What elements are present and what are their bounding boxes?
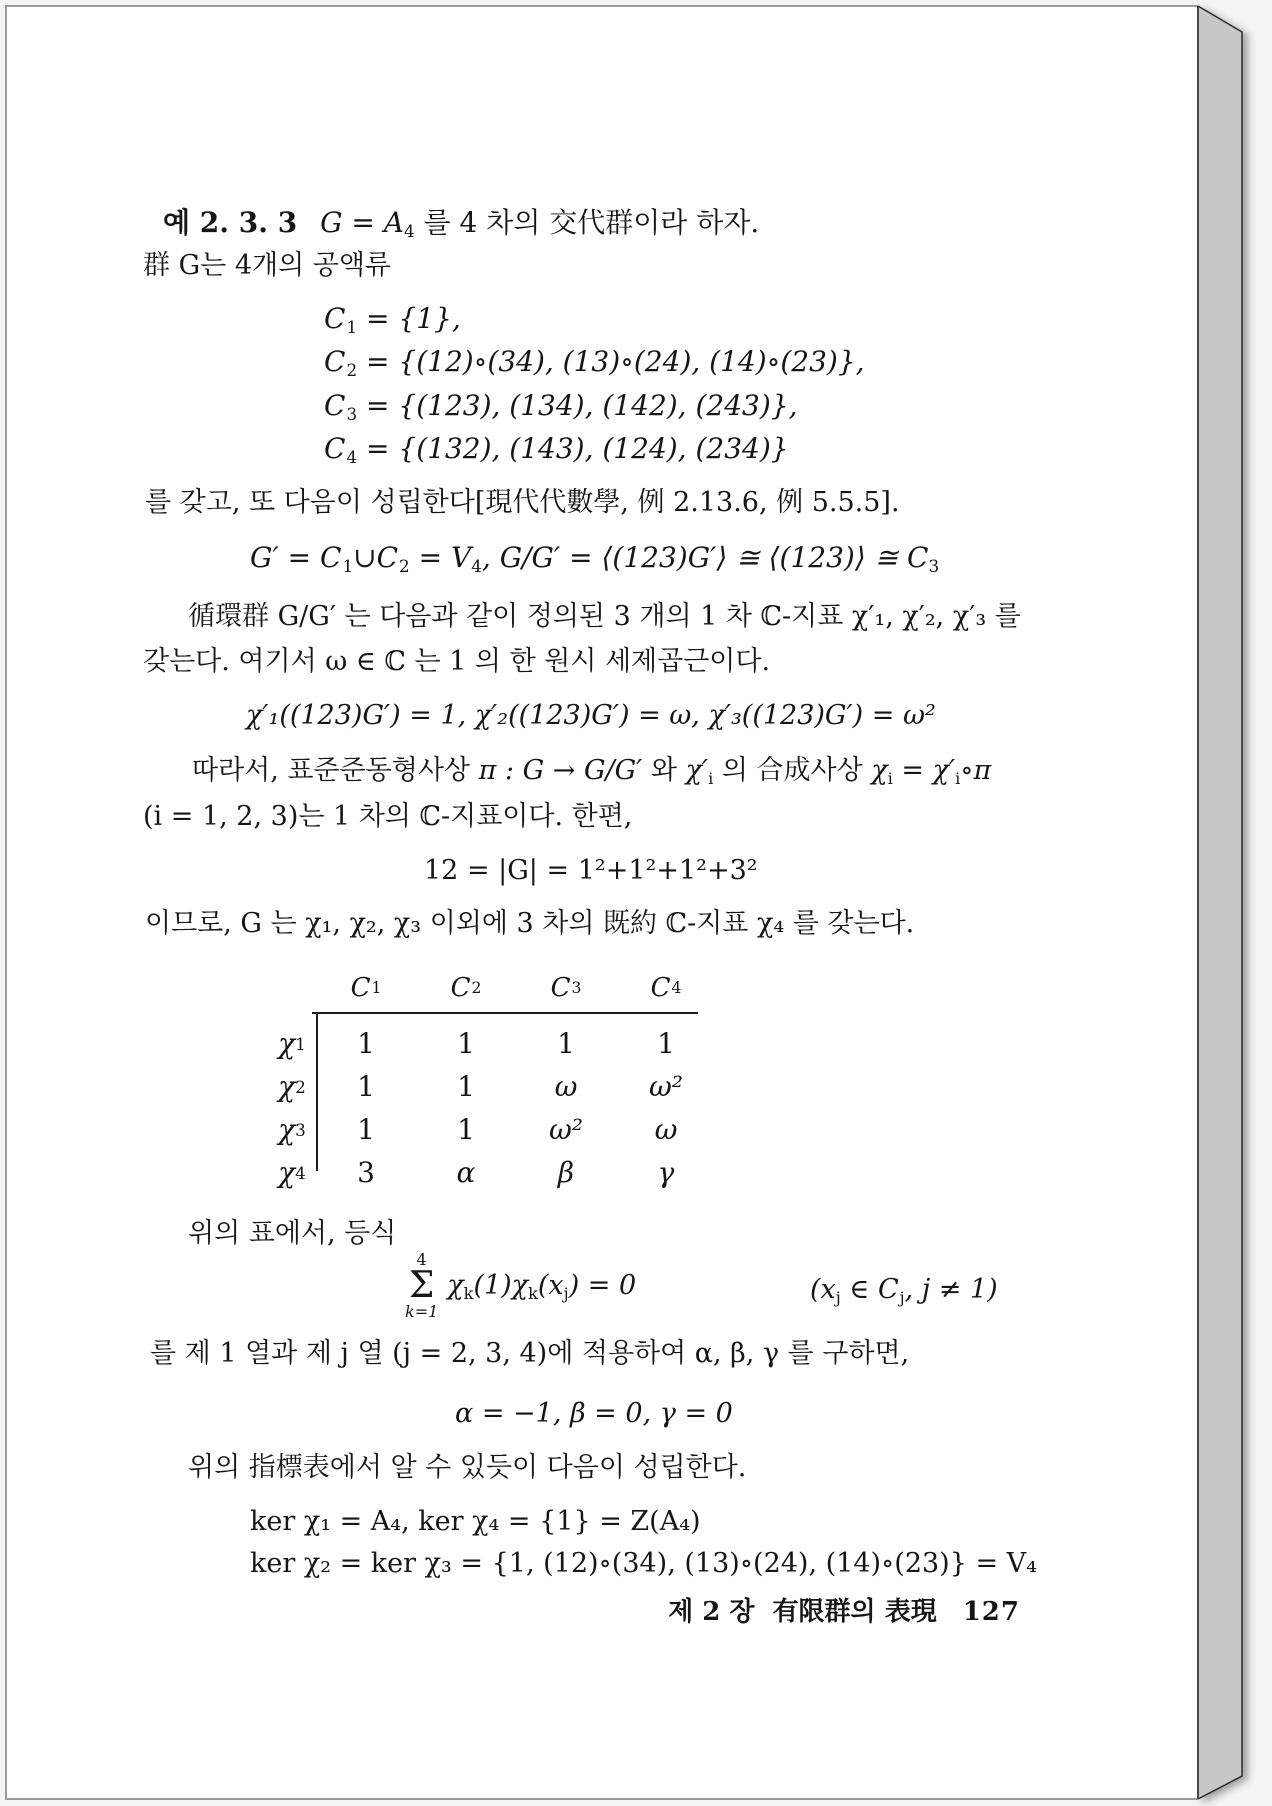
- chapter-label: 제 2 장: [668, 1597, 754, 1627]
- table-col-header-c4: C4: [616, 966, 716, 1010]
- kernel-equation-1: ker χ₁ = A₄, ker χ₄ = {1} = Z(A₄): [250, 1506, 701, 1537]
- example-statement: G = A4 를 4 차의 交代群이라 하자.: [320, 206, 759, 239]
- table-conclusion-line: 위의 指標表에서 알 수 있듯이 다음이 성립한다.: [188, 1452, 746, 1483]
- table-corner-spacer: [268, 966, 316, 1010]
- kernel-equation-2: ker χ₂ = ker χ₃ = {1, (12)∘(34), (13)∘(2…: [250, 1548, 1037, 1579]
- cell-chi4-c2: α: [416, 1151, 516, 1194]
- book-page-scan: 예 2. 3. 3 G = A4 를 4 차의 交代群이라 하자. 群 G는 4…: [0, 0, 1272, 1806]
- table-row-chi2: χ2 1 1 ω ω²: [268, 1065, 716, 1108]
- cell-chi1-c1: 1: [316, 1022, 416, 1065]
- sum-body: χk(1)χk(xj) = 0: [447, 1270, 636, 1301]
- orthogonality-sum: 4 Σ k=1 χk(1)χk(xj) = 0: [405, 1252, 636, 1320]
- cell-chi1-c3: 1: [516, 1022, 616, 1065]
- conjugacy-class-2: C2 = {(12)∘(34), (13)∘(24), (14)∘(23)},: [324, 346, 865, 378]
- cell-chi2-c4: ω²: [616, 1065, 716, 1108]
- irreducible-character-line: 이므로, G 는 χ₁, χ₂, χ₃ 이외에 3 차의 既約 ℂ-지표 χ₄ …: [145, 908, 914, 939]
- cell-chi3-c4: ω: [616, 1108, 716, 1151]
- group-order-equation: 12 = |G| = 1²+1²+1²+3²: [424, 855, 758, 886]
- composition-paragraph-line-1: 따라서, 표준준동형사상 π : G → G/G′ 와 χ′i 의 合成사상 χ…: [192, 755, 991, 786]
- table-row-chi4: χ4 3 α β γ: [268, 1151, 716, 1194]
- page-content: 예 2. 3. 3 G = A4 를 4 차의 交代群이라 하자. 群 G는 4…: [0, 0, 1272, 1806]
- table-row-chi1: χ1 1 1 1 1: [268, 1022, 716, 1065]
- row-label-chi2: χ2: [268, 1065, 316, 1108]
- row-label-chi3: χ3: [268, 1108, 316, 1151]
- cell-chi3-c2: 1: [416, 1108, 516, 1151]
- cell-chi2-c2: 1: [416, 1065, 516, 1108]
- cell-chi4-c4: γ: [616, 1151, 716, 1194]
- cell-chi2-c3: ω: [516, 1065, 616, 1108]
- sigma-glyph: Σ: [409, 1268, 434, 1304]
- table-note-line: 위의 표에서, 등식: [188, 1218, 396, 1249]
- sum-lower-limit: k=1: [405, 1304, 438, 1320]
- example-label: 예 2. 3. 3: [163, 206, 297, 239]
- page-footer: 제 2 장有限群의 表現127: [560, 1598, 1020, 1628]
- row-label-chi1: χ1: [268, 1022, 316, 1065]
- apply-line: 를 제 1 열과 제 j 열 (j = 2, 3, 4)에 적용하여 α, β,…: [150, 1338, 909, 1369]
- summation-symbol: 4 Σ k=1: [405, 1252, 438, 1320]
- orthogonality-condition: (xj ∈ Cj, j ≠ 1): [810, 1274, 998, 1305]
- conjugacy-class-4: C4 = {(132), (143), (124), (234)}: [324, 433, 789, 465]
- table-header-row: C1 C2 C3 C4: [268, 966, 716, 1010]
- intro-line: 群 G는 4개의 공액류: [143, 250, 391, 281]
- table-rule: [312, 1012, 698, 1014]
- cell-chi3-c3: ω²: [516, 1108, 616, 1151]
- cyclic-group-paragraph-line-2: 갖는다. 여기서 ω ∈ ℂ 는 1 의 한 원시 세제곱근이다.: [143, 646, 770, 677]
- example-heading: 예 2. 3. 3 G = A4 를 4 차의 交代群이라 하자.: [163, 207, 759, 239]
- conjugacy-class-1: C1 = {1},: [324, 303, 461, 335]
- character-table: C1 C2 C3 C4 χ1 1 1 1 1 χ2 1 1 ω ω²: [268, 966, 720, 1212]
- page-number: 127: [963, 1597, 1020, 1627]
- derived-subgroup-equation: G′ = C1∪C2 = V4, G/G′ = ⟨(123)G′⟩ ≅ ⟨(12…: [250, 542, 939, 574]
- composition-paragraph-line-2: (i = 1, 2, 3)는 1 차의 ℂ-지표이다. 한편,: [143, 801, 632, 832]
- conjugacy-class-3: C3 = {(123), (134), (142), (243)},: [324, 390, 797, 422]
- cell-chi2-c1: 1: [316, 1065, 416, 1108]
- cell-chi1-c2: 1: [416, 1022, 516, 1065]
- reference-line: 를 갖고, 또 다음이 성립한다[現代代數學, 例 2.13.6, 例 5.5.…: [145, 487, 900, 518]
- table-col-header-c3: C3: [516, 966, 616, 1010]
- cyclic-group-paragraph-line-1: 循環群 G/G′ 는 다음과 같이 정의된 3 개의 1 차 ℂ-지표 χ′₁,…: [188, 601, 1021, 632]
- row-label-chi4: χ4: [268, 1151, 316, 1194]
- section-title: 有限群의 表現: [773, 1597, 937, 1627]
- cell-chi3-c1: 1: [316, 1108, 416, 1151]
- cell-chi1-c4: 1: [616, 1022, 716, 1065]
- table-col-header-c2: C2: [416, 966, 516, 1010]
- cell-chi4-c1: 3: [316, 1151, 416, 1194]
- table-row-chi3: χ3 1 1 ω² ω: [268, 1108, 716, 1151]
- character-values-equation: χ′₁((123)G′) = 1, χ′₂((123)G′) = ω, χ′₃(…: [246, 700, 936, 731]
- table-col-header-c1: C1: [316, 966, 416, 1010]
- cell-chi4-c3: β: [516, 1151, 616, 1194]
- alpha-beta-gamma-equation: α = −1, β = 0, γ = 0: [455, 1398, 733, 1429]
